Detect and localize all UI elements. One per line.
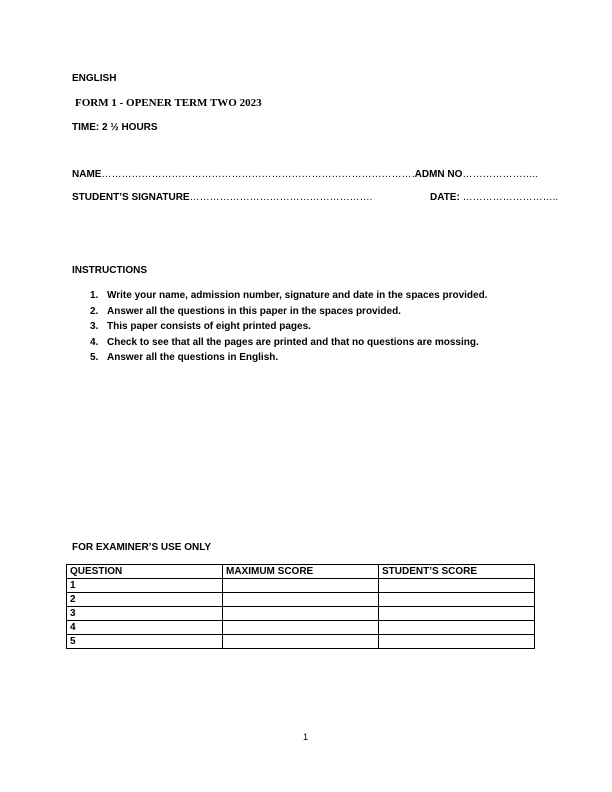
signature-row: STUDENT’S SIGNATURE………………………………………………. <box>72 192 372 203</box>
date-field[interactable]: ……………………….. <box>463 192 559 203</box>
name-admn-row: NAME ……………………………………………………………………………………………… <box>72 169 538 180</box>
admn-field[interactable]: ………………….. <box>462 169 538 180</box>
exam-duration: TIME: 2 ½ HOURS <box>72 122 158 133</box>
maximum-score-cell[interactable] <box>223 621 379 635</box>
subject-title: ENGLISH <box>72 73 116 84</box>
student-score-cell[interactable] <box>379 607 535 621</box>
maximum-score-cell[interactable] <box>223 579 379 593</box>
page-number: 1 <box>303 732 308 742</box>
student-score-cell[interactable] <box>379 621 535 635</box>
student-score-cell[interactable] <box>379 635 535 649</box>
signature-label: STUDENT’S SIGNATURE <box>72 192 190 203</box>
exam-title: FORM 1 - OPENER TERM TWO 2023 <box>75 97 262 109</box>
instruction-text: Answer all the questions in English. <box>107 350 278 366</box>
admn-label: ADMN NO <box>415 169 463 180</box>
maximum-score-cell[interactable] <box>223 593 379 607</box>
maximum-score-cell[interactable] <box>223 635 379 649</box>
date-label: DATE: <box>430 192 463 203</box>
instruction-item: 4.Check to see that all the pages are pr… <box>90 335 487 351</box>
question-number-cell: 2 <box>67 593 223 607</box>
instruction-text: Answer all the questions in this paper i… <box>107 304 401 320</box>
instruction-number: 4. <box>90 335 107 351</box>
table-row: 2 <box>67 593 535 607</box>
table-header-row: QUESTION MAXIMUM SCORE STUDENT’S SCORE <box>67 565 535 579</box>
column-header-question: QUESTION <box>67 565 223 579</box>
instruction-item: 5.Answer all the questions in English. <box>90 350 487 366</box>
maximum-score-cell[interactable] <box>223 607 379 621</box>
examiner-heading: FOR EXAMINER’S USE ONLY <box>72 542 211 553</box>
question-number-cell: 5 <box>67 635 223 649</box>
instruction-item: 1.Write your name, admission number, sig… <box>90 288 487 304</box>
instruction-item: 3.This paper consists of eight printed p… <box>90 319 487 335</box>
column-header-maximum-score: MAXIMUM SCORE <box>223 565 379 579</box>
student-score-cell[interactable] <box>379 593 535 607</box>
column-header-student-score: STUDENT’S SCORE <box>379 565 535 579</box>
student-score-cell[interactable] <box>379 579 535 593</box>
score-table: QUESTION MAXIMUM SCORE STUDENT’S SCORE 1… <box>66 564 535 649</box>
signature-field[interactable]: ………………………………………………. <box>190 192 373 203</box>
table-row: 3 <box>67 607 535 621</box>
question-number-cell: 1 <box>67 579 223 593</box>
table-row: 1 <box>67 579 535 593</box>
date-row: DATE: ……………………….. <box>430 192 558 203</box>
instruction-number: 3. <box>90 319 107 335</box>
question-number-cell: 4 <box>67 621 223 635</box>
name-field[interactable]: …………………………………………………………………………………………………………… <box>101 169 414 180</box>
instruction-number: 2. <box>90 304 107 320</box>
instructions-list: 1.Write your name, admission number, sig… <box>90 288 487 366</box>
table-row: 5 <box>67 635 535 649</box>
question-number-cell: 3 <box>67 607 223 621</box>
instruction-text: This paper consists of eight printed pag… <box>107 319 311 335</box>
instruction-text: Write your name, admission number, signa… <box>107 288 487 304</box>
instruction-number: 5. <box>90 350 107 366</box>
instruction-number: 1. <box>90 288 107 304</box>
table-row: 4 <box>67 621 535 635</box>
instruction-text: Check to see that all the pages are prin… <box>107 335 479 351</box>
name-label: NAME <box>72 169 101 180</box>
instruction-item: 2.Answer all the questions in this paper… <box>90 304 487 320</box>
instructions-heading: INSTRUCTIONS <box>72 265 147 276</box>
